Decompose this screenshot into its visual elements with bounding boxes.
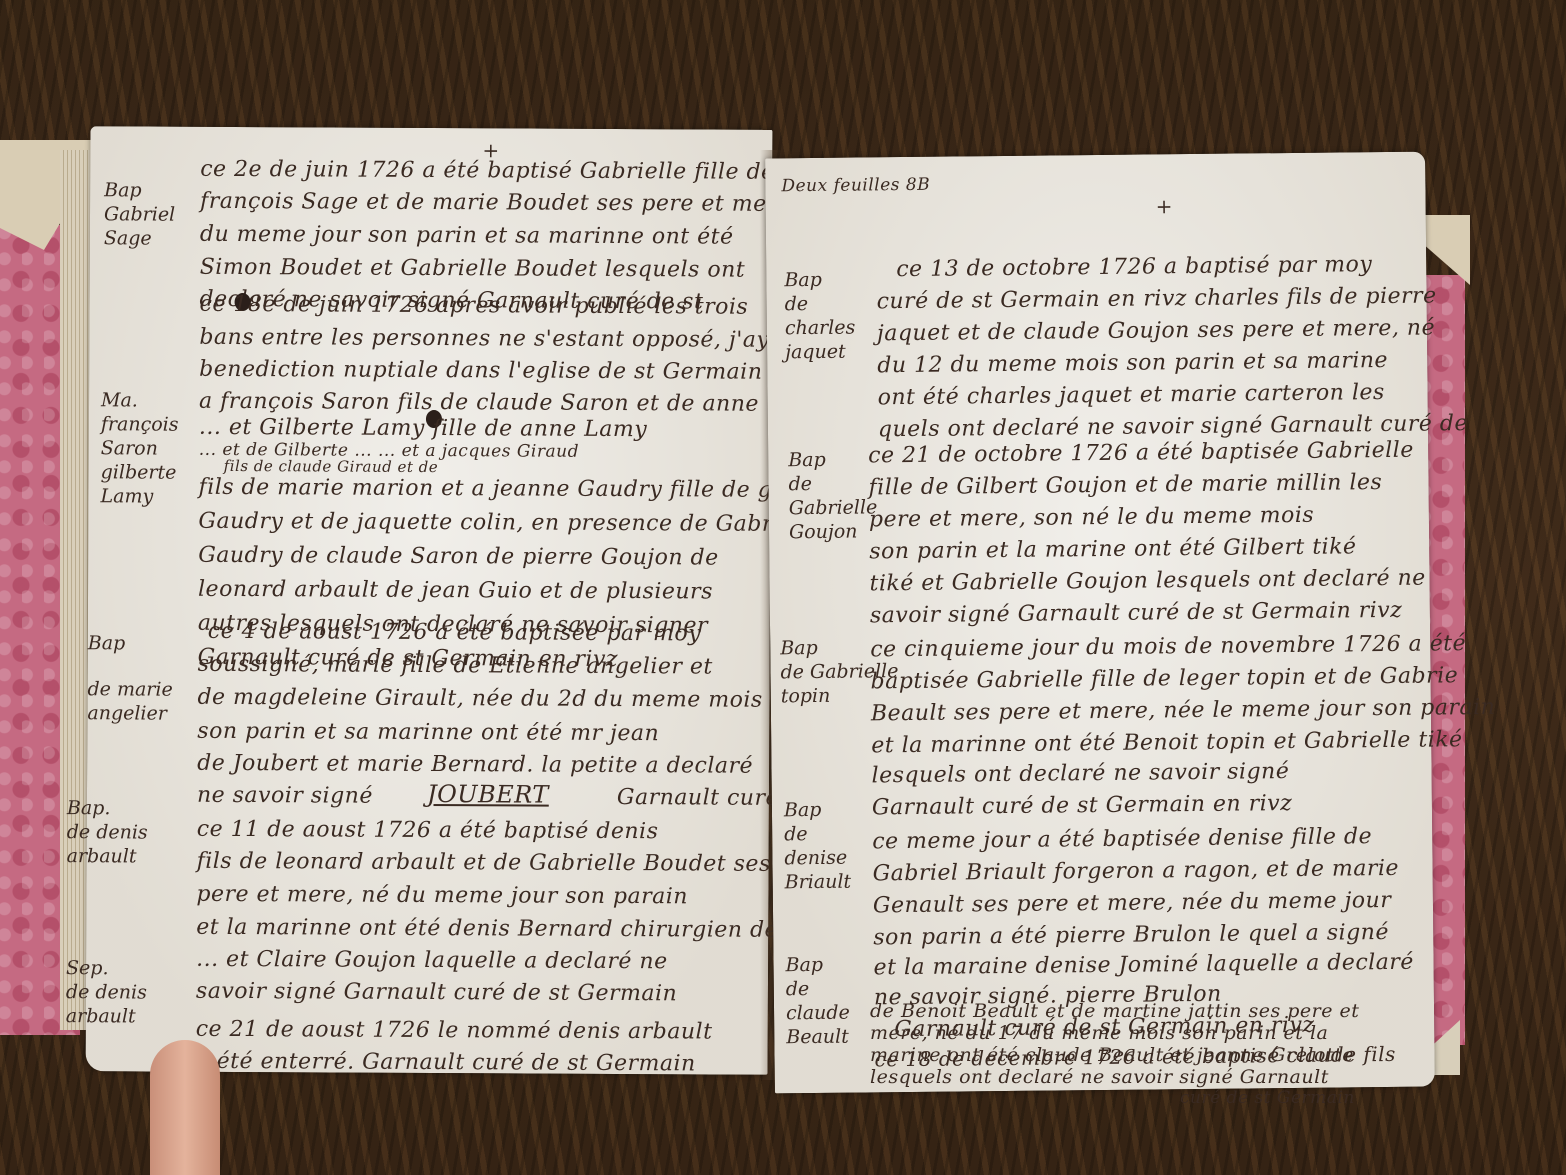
margin-note: Bap de claude Beault: [785, 953, 850, 1050]
margin-note: Ma. françois Saron gilberte Lamy: [100, 388, 178, 508]
margin-line: jaquet: [785, 340, 856, 365]
margin-line: arbault: [66, 1004, 147, 1028]
text-line: Garnault curé: [617, 785, 779, 811]
text-line: de magdeleine Girault, née du 2d du meme…: [197, 685, 762, 713]
margin-note: Bap de Gabrielle Goujon: [788, 447, 877, 544]
text-line: et la maraine denise Jominé laquelle a d…: [873, 950, 1414, 981]
text-line: curé de st Germain en rivz charles fils …: [876, 283, 1436, 314]
text-line: mere, né du 17 du meme mois son parin et…: [870, 1022, 1328, 1044]
margin-line: Bap: [785, 953, 849, 978]
margin-note: Bap de marie angelier: [87, 631, 173, 725]
text-line: pere et mere, né du meme jour son parain: [196, 882, 688, 910]
margin-note: Bap. de denis arbault: [67, 796, 148, 868]
margin-line: Gabriel: [104, 202, 175, 226]
margin-line: Sage: [104, 226, 175, 250]
margin-line: denise: [784, 846, 851, 871]
text-line: françois Sage et de marie Boudet ses per…: [200, 189, 827, 217]
text-line: son parin et la marine ont été Gilbert t…: [869, 534, 1357, 564]
text-line: benediction nuptiale dans l'eglise de st…: [199, 357, 832, 385]
text-line: fils de leonard arbault et de Gabrielle …: [197, 849, 771, 877]
text-line: ce 13 de octobre 1726 a baptisé par moy: [896, 252, 1372, 282]
text-line: tiké et Gabrielle Goujon lesquels ont de…: [869, 566, 1425, 597]
margin-line: angelier: [87, 701, 172, 725]
text-line: Simon Boudet et Gabrielle Boudet lesquel…: [200, 255, 746, 283]
text-line: son parin a été pierre Brulon le quel a …: [873, 920, 1389, 950]
margin-note: Bap de charles jaquet: [784, 268, 855, 365]
text-line: et la marinne ont été denis Bernard chir…: [196, 915, 778, 943]
margin-line: Bap: [784, 268, 855, 293]
margin-line: Bap: [104, 178, 175, 202]
text-line: ont été charles jaquet et marie carteron…: [878, 380, 1385, 410]
text-line: lesquels ont declaré ne savoir signé Gar…: [870, 1066, 1329, 1088]
margin-line: Ma.: [101, 388, 179, 412]
margin-line: de denis: [67, 820, 148, 844]
margin-line: Briault: [785, 870, 852, 895]
margin-line: claude: [786, 1001, 850, 1026]
margin-line: gilberte: [101, 460, 179, 484]
margin-line: de marie: [87, 677, 172, 701]
margin-line: Lamy: [100, 484, 178, 508]
text-line: curé de st Germain: [1180, 1088, 1355, 1108]
text-line: leonard arbault de jean Guio et de plusi…: [198, 577, 713, 605]
text-line: son parin et sa marinne ont été mr jean: [197, 719, 659, 746]
text-line: de Joubert et marie Bernard. la petite a…: [197, 751, 753, 779]
cross-mark: +: [1156, 194, 1173, 218]
text-line: Gaudry et de jaquette colin, en presence…: [198, 509, 801, 537]
margin-line: Gabrielle: [789, 495, 878, 520]
text-line: du 12 du meme mois son parin et sa marin…: [877, 348, 1388, 378]
text-line: marine ont été claude Beault et jeanne G…: [870, 1044, 1354, 1066]
margin-line: Beault: [786, 1025, 850, 1050]
text-line: du meme jour son parin et sa marinne ont…: [200, 222, 734, 250]
margin-line: de: [788, 471, 877, 496]
right-page: Deux feuilles 8B + Bap de charles jaquet…: [765, 152, 1435, 1094]
margin-line: Bap: [788, 447, 877, 472]
text-line: ce cinquieme jour du mois de novembre 17…: [870, 631, 1466, 662]
text-line: soussigné, marie fille de Etienne angeli…: [198, 652, 713, 680]
text-line: ce 18e de juin 1726 apres avoir publié l…: [199, 292, 748, 320]
text-line: ce meme jour a été baptisée denise fille…: [872, 824, 1372, 854]
margin-line: Bap: [784, 798, 851, 823]
margin-line: de: [785, 292, 856, 317]
text-line: jaquet et de claude Goujon ses pere et m…: [877, 315, 1435, 346]
text-line: ce 4 de aoust 1726 a été baptisée par mo…: [208, 619, 701, 647]
text-line: pere et mere, son né le du meme mois: [869, 503, 1314, 533]
text-line: a été enterré. Garnault curé de st Germa…: [196, 1049, 696, 1077]
margin-note: Bap Gabriel Sage: [104, 178, 176, 250]
margin-line: charles: [785, 316, 856, 341]
text-line: Genault ses pere et mere, née du meme jo…: [873, 888, 1392, 918]
text-line: lesquels ont declaré ne savoir signé: [871, 759, 1289, 788]
text-line: a françois Saron fils de claude Saron et…: [199, 389, 759, 417]
text-line: ce 11 de aoust 1726 a été baptisé denis: [197, 817, 659, 844]
margin-line: Sep.: [66, 956, 147, 980]
text-line: savoir signé Garnault curé de st Germain: [196, 979, 677, 1007]
margin-line: de: [784, 822, 851, 847]
text-line: ce 21 de aoust 1726 le nommé denis arbau…: [196, 1017, 713, 1045]
text-line: fils de marie marion et a jeanne Gaudry …: [199, 475, 841, 503]
text-line: Gaudry de claude Saron de pierre Goujon …: [198, 543, 719, 571]
margin-note: Sep. de denis arbault: [66, 956, 147, 1028]
margin-line: Bap.: [67, 796, 148, 820]
margin-line: de denis: [66, 980, 147, 1004]
left-page: + Bap Gabriel Sage ce 2e de juin 1726 a …: [86, 126, 773, 1075]
text-line: fille de Gilbert Goujon et de marie mill…: [868, 470, 1382, 500]
margin-line: arbault: [67, 844, 148, 868]
text-line: ... et Claire Goujon laquelle a declaré …: [196, 947, 668, 974]
text-line: fils de claude Giraud et de: [224, 457, 439, 476]
text-line: ... et Gilberte Lamy fille de anne Lamy: [199, 415, 647, 442]
text-line: ce 2e de juin 1726 a été baptisé Gabriel…: [200, 157, 774, 185]
margin-line: Goujon: [789, 519, 878, 544]
text-line: et la marinne ont été Benoit topin et Ga…: [871, 727, 1463, 758]
header-note: Deux feuilles 8B: [781, 175, 930, 197]
text-line: savoir signé Garnault curé de st Germain…: [870, 598, 1403, 629]
text-line: Garnault curé de st Germain en rivz: [872, 791, 1293, 820]
text-line: ne savoir signé: [197, 783, 373, 809]
margin-line: Saron: [101, 436, 179, 460]
finger-holding-page: [150, 1040, 220, 1175]
margin-line: Bap: [88, 631, 173, 655]
text-line: ce 21 de octobre 1726 a été baptisée Gab…: [868, 438, 1414, 469]
margin-note: Bap de denise Briault: [784, 798, 851, 895]
text-line: Beault ses pere et mere, née le meme jou…: [871, 695, 1496, 727]
margin-line: françois: [101, 412, 179, 436]
text-line: Gabriel Briault forgeron a ragon, et de …: [872, 856, 1399, 887]
signature-joubert: JOUBERT: [427, 780, 549, 809]
margin-line: de: [786, 977, 850, 1002]
text-line: de Benoit Beault et de martine jattin se…: [870, 1000, 1359, 1022]
text-line: baptisée Gabrielle fille de leger topin …: [870, 663, 1458, 694]
